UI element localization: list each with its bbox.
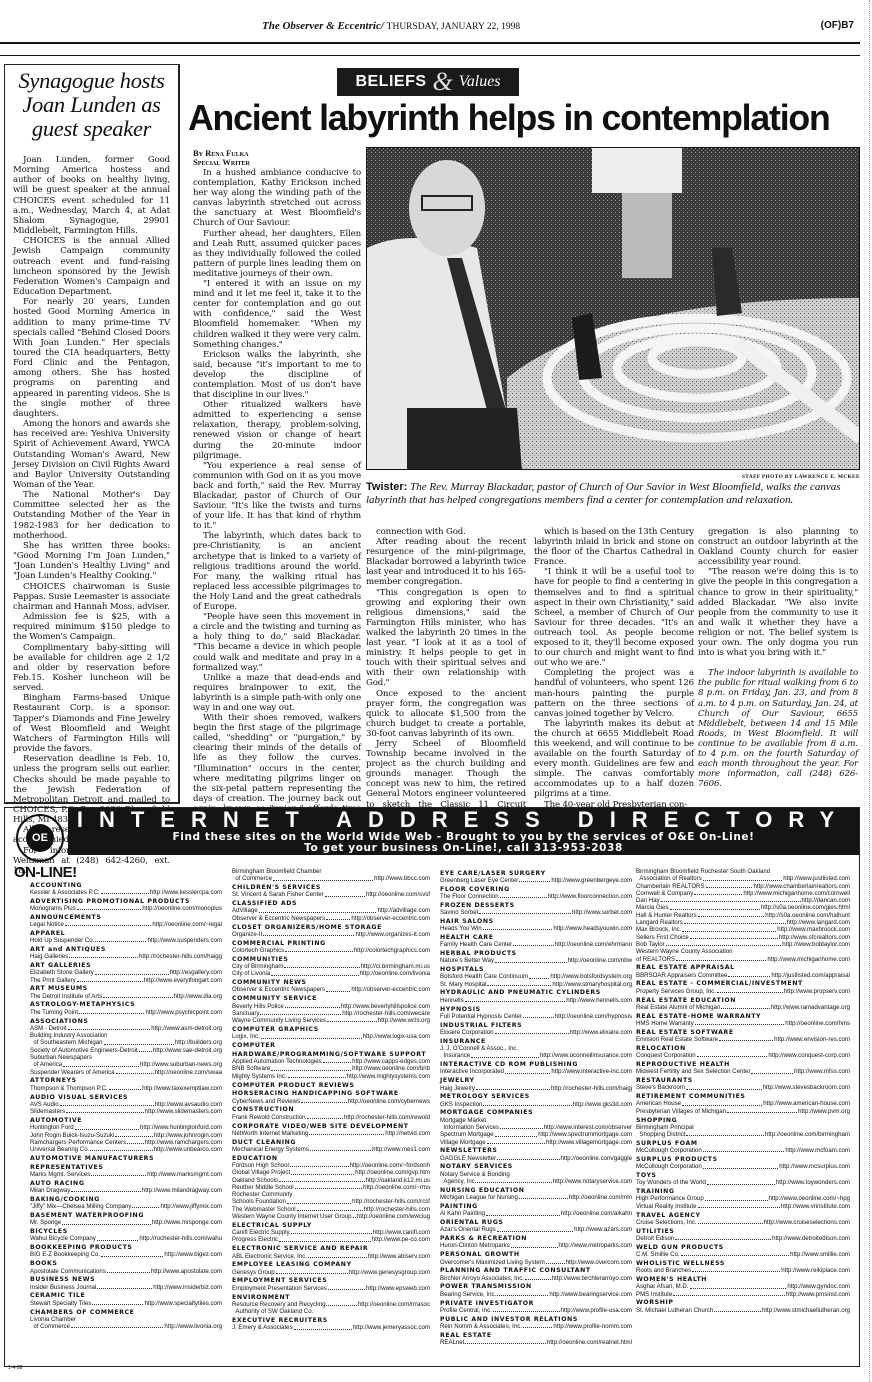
entry-url-link[interactable]: http://www.sae-detroit.org — [153, 1047, 222, 1054]
directory-entry[interactable]: ASM - Detroithttp://www.asm-detroit.org — [30, 1025, 222, 1032]
directory-entry[interactable]: Reuther Middle Schoolhttp://oeonline.com… — [232, 1184, 430, 1191]
directory-entry[interactable]: Huron-Clinton Metroparkshttp://www.metro… — [440, 1242, 632, 1249]
entry-url-link[interactable]: http://www.unbearco.com — [154, 1146, 222, 1153]
entry-name: Azar's Oriental Rugs — [440, 1226, 496, 1233]
entry-url-link[interactable]: http://observer-eccentric.com — [351, 986, 430, 993]
entry-url-link[interactable]: http://www.conquest-corp.com — [768, 1052, 850, 1059]
directory-entry[interactable]: C.M. Smillie Co.http://www.smillie.com — [636, 1251, 850, 1258]
directory-entry[interactable]: HMS Home Warrantyhttp://oeonline.com/hms — [636, 1020, 850, 1027]
directory-entry[interactable]: Azar's Oriental Rugshttp://www.azars.com — [440, 1226, 632, 1233]
directory-entry[interactable]: Suspender Wearers of Americahttp://oeonl… — [30, 1069, 222, 1076]
article-paragraph: "You experience a real sense of communio… — [193, 461, 361, 532]
entry-url-link[interactable]: http://www.marksmgmt.com — [147, 1171, 222, 1178]
entry-url-link[interactable]: http://www.stmichaellutheran.org — [762, 1307, 850, 1314]
entry-url-link[interactable]: http://www.pe-co.com — [372, 1236, 430, 1243]
directory-entry[interactable]: The Detroit Institute of Artshttp://www.… — [30, 993, 222, 1000]
entry-url-link[interactable]: http://oeonline.com/birmingham — [765, 1131, 850, 1138]
entry-url-link[interactable]: http://www.oeonline.com/bnb — [352, 1065, 430, 1072]
entry-url-link[interactable]: http://www.pmsinst.com — [786, 1291, 850, 1298]
directory-category: INSURANCE — [440, 1038, 632, 1045]
directory-column-4: Birmingham Bloomfield Rochester South Oa… — [636, 868, 850, 1314]
directory-entry[interactable]: Sanctuaryhttp://rochester-hills.com/weca… — [232, 1010, 430, 1017]
directory-entry[interactable]: Presbyterian Villages of Michiganhttp://… — [636, 1108, 850, 1115]
leader-dots — [291, 1229, 372, 1234]
entry-url-link[interactable]: http://www.apostolate.com — [151, 1268, 222, 1275]
entry-url-link[interactable]: http://www.capps-edges.com — [352, 1058, 430, 1065]
directory-category: ELECTRONIC SERVICE AND REPAIR — [232, 1245, 430, 1252]
entry-url-link[interactable]: http://www.jemeryassoc.com — [353, 1324, 430, 1331]
directory-entry[interactable]: Mechanical Energy Systemshttp://www.mes1… — [232, 1146, 430, 1153]
entry-url-link[interactable]: http://builders.org — [175, 1039, 222, 1046]
directory-entry[interactable]: Marcia Gieshttp://s0a.oeonline.com/gies.… — [636, 904, 850, 911]
directory-category: HYDRAULIC AND PNEUMATIC CYLINDERS — [440, 989, 632, 996]
entry-url-link[interactable]: http://www.canifl.com — [373, 1229, 430, 1236]
directory-category: PLANNING AND TRAFFIC CONSULTANT — [440, 1267, 632, 1274]
entry-url-link[interactable]: http://www.michiganhome.com — [767, 956, 850, 963]
directory-entry[interactable]: Chamberlain REALTORShttp://www.chamberla… — [636, 883, 850, 890]
entry-url-link[interactable]: http://www.avsaudio.com — [155, 1101, 222, 1108]
entry-url-link[interactable]: http://www.logix-usa.com — [363, 1033, 430, 1040]
entry-url-link[interactable]: http://www.notaryservice.com — [553, 1178, 632, 1185]
entry-url-link[interactable]: http://www.bigez.com — [164, 1251, 222, 1258]
directory-entry[interactable]: Envision Real Estate Softwarehttp://www.… — [636, 1036, 850, 1043]
directory-entry[interactable]: Genesys Grouphttp://www.genesysgroup.com — [232, 1269, 430, 1276]
sidebar-body: Joan Lunden, former Good Morning America… — [13, 155, 170, 876]
entry-url-link[interactable]: http://observer-eccentric.com — [351, 915, 430, 922]
entry-url-link[interactable]: http://netvid.com — [385, 1130, 430, 1137]
entry-name: Presbyterian Villages of Michigan — [636, 1108, 726, 1115]
entry-url-link[interactable]: http://www.suburban-news.org — [140, 1061, 222, 1068]
directory-entry[interactable]: Wahul Bicycle Companyhttp://rochester-hi… — [30, 1235, 222, 1242]
entry-url-link[interactable]: http://www.slidemasters.com — [145, 1108, 222, 1115]
entry-name: Toy Wonders of the World — [636, 1179, 706, 1186]
entry-url-link[interactable]: http://www.propserv.com — [784, 988, 850, 995]
entry-url-link[interactable]: http://colortechgraphics.com — [354, 947, 430, 954]
entry-name: "Jiffy" Mix—Chelsea Milling Company — [30, 1203, 131, 1210]
directory-entry[interactable]: Applied Automation Technologieshttp://ww… — [232, 1058, 430, 1065]
directory-entry[interactable]: Wayne Community Living Serviceshttp://ww… — [232, 1017, 430, 1024]
entry-url-link[interactable]: http://www.vrinstitute.com — [781, 1203, 850, 1210]
directory-entry[interactable]: Elizabeth Stone Galleryhttp://esgallery.… — [30, 969, 222, 976]
entry-url-link[interactable]: http://www.johnrogin.com — [154, 1132, 222, 1139]
directory-entry[interactable]: J. Emery & Associateshttp://www.jemeryas… — [232, 1324, 430, 1331]
directory-entry[interactable]: Elixaire Corporationhttp://www.elixaire.… — [440, 1029, 632, 1036]
entry-url-link[interactable]: http://oeonline.com/ehrmann — [555, 941, 632, 948]
directory-entry[interactable]: Insider Business Journalhttp://www.insid… — [30, 1284, 222, 1291]
directory-entry[interactable]: Frank Rewold Constructionhttp://rocheste… — [232, 1114, 430, 1121]
entry-name: Western Wayne County Association — [636, 948, 733, 955]
directory-entry[interactable]: Rein Nomm & Associates, Inc.http://www.p… — [440, 1323, 632, 1330]
directory-entry[interactable]: Milan Dragwayhttp://www.milandragway.com — [30, 1187, 222, 1194]
entry-url-link[interactable]: http://www.wcls.org — [378, 1017, 430, 1024]
entry-url-link[interactable]: http://oeonline.com/mln — [569, 1194, 632, 1201]
entry-url-link[interactable]: http://oeonline.com/~rms — [363, 1184, 430, 1191]
directory-entry[interactable]: of REALTORShttp://www.michiganhome.com — [636, 956, 850, 963]
directory-entry[interactable]: of Commercehttp://www.livonia.org — [30, 1323, 222, 1330]
entry-url-link[interactable]: http://www.jiffymix.com — [160, 1203, 222, 1210]
entry-url-link[interactable]: http://www.maxbroock.com — [777, 926, 850, 933]
entry-url-link[interactable]: http://www.azars.com — [574, 1226, 632, 1233]
entry-url-link[interactable]: http://oeonline.com/wwciug — [357, 1213, 430, 1220]
leader-dots — [97, 1235, 139, 1240]
directory-entry[interactable]: Apostolate Communicationshttp://www.apos… — [30, 1268, 222, 1275]
entry-url-link[interactable]: http://s0a.oeonline.com/halhunt — [765, 912, 850, 919]
directory-entry[interactable]: Employment Presentation Serviceshttp://w… — [232, 1285, 430, 1292]
entry-url-link[interactable]: http://www.ramchargers.com — [145, 1139, 222, 1146]
directory-entry[interactable]: of Southeastern Michiganhttp://builders.… — [30, 1039, 222, 1046]
directory-entry[interactable]: Michigan League for Nursinghttp://oeonli… — [440, 1194, 632, 1201]
entry-url-link[interactable]: http://dancan.com — [802, 897, 850, 904]
entry-url-link[interactable]: http://www.asm-detroit.org — [151, 1025, 222, 1032]
directory-entry[interactable]: The Print Galleryhttp://www.everythingar… — [30, 977, 222, 984]
directory-entry[interactable]: Real Estate Alumni of Michiganhttp://www… — [636, 1004, 850, 1011]
entry-url-link[interactable]: http://oeonline.com/nbw — [568, 957, 632, 964]
entry-url-link[interactable]: http://www.ablserv.com — [368, 1253, 430, 1260]
entry-url-link[interactable]: http://www.interest.com/observer — [544, 1124, 632, 1131]
entry-url-link[interactable]: http://oeonline.com/svsf — [366, 891, 430, 898]
entry-url-link[interactable]: http://www.gks3d.com — [573, 1101, 632, 1108]
directory-entry[interactable]: Organize-Ithttp://www.organizes-it.com — [232, 931, 430, 938]
directory-entry[interactable]: St. Michael Lutheran Churchhttp://www.st… — [636, 1307, 850, 1314]
entry-url-link[interactable]: http://oeonline.com/alkahn — [561, 1210, 632, 1217]
directory-entry[interactable]: Haig Jewelryhttp://rochester-hills.com/h… — [440, 1085, 632, 1092]
entry-url-link[interactable]: http://www.sorbet.com — [572, 909, 632, 916]
directory-entry[interactable]: The Turning Pointhttp://www.psychicpoint… — [30, 1009, 222, 1016]
directory-entry[interactable]: Full Potential Hypnosis Centerhttp://oeo… — [440, 1013, 632, 1020]
entry-url-link[interactable]: http://www.botsfordsystem.org — [550, 973, 632, 980]
directory-entry[interactable]: ABL Electronic Service, Inc.http://www.a… — [232, 1253, 430, 1260]
directory-entry[interactable]: St. Mary Hospitalhttp://www.stmaryhospit… — [440, 981, 632, 988]
directory-title: INTERNET ADDRESS DIRECTORY — [68, 808, 859, 832]
directory-entry[interactable]: Haig Gallerieshttp://rochester-hills.com… — [30, 953, 222, 960]
directory-entry[interactable]: Birchler Arroyo Associates, Inc.http://w… — [440, 1275, 632, 1282]
directory-entry[interactable]: Nature's Better Wayhttp://oeonline.com/n… — [440, 957, 632, 964]
entry-url-link[interactable]: http://www.taxexemptlaw.com — [142, 1085, 222, 1092]
directory-entry[interactable]: Virtual Reality Institutehttp://www.vrin… — [636, 1203, 850, 1210]
entry-url-link[interactable]: http://oeonline.com/swaa — [155, 1069, 222, 1076]
directory-category: ART and ANTIQUES — [30, 946, 222, 953]
directory-entry[interactable]: Observer & Eccentric Newspapershttp://ob… — [232, 915, 430, 922]
entry-url-link[interactable]: http://www.langard.com — [787, 919, 850, 926]
entry-url-link[interactable]: http://www.smillie.com — [790, 1251, 850, 1258]
directory-entry[interactable]: Overcomer's Maximized Living Systemhttp:… — [440, 1259, 632, 1266]
directory-entry[interactable]: Mighty Systems Inc.http://www.mightysyst… — [232, 1073, 430, 1080]
directory-entry[interactable]: Resource Recovery and Recyclinghttp://oe… — [232, 1301, 430, 1308]
entry-url-link[interactable]: http://esgallery.com — [170, 969, 222, 976]
entry-name: Greenberg Laser Eye Center — [440, 877, 518, 884]
entry-url-link[interactable]: http://www.american-house.com — [763, 1100, 850, 1107]
directory-entry[interactable]: PMS Institutehttp://www.pmsinst.com — [636, 1291, 850, 1298]
entry-url-link[interactable]: http://www.livonia.org — [164, 1323, 222, 1330]
entry-url-link[interactable]: http://www.spectrummortgage.com — [538, 1131, 632, 1138]
directory-entry[interactable]: The Floor Connectionhttp://www.floorconn… — [440, 893, 632, 900]
directory-entry[interactable]: Agency, Inc.http://www.notaryservice.com — [440, 1178, 632, 1185]
directory-entry[interactable]: Monograms Plushttp://oeonline.com/monopl… — [30, 905, 222, 912]
directory-entry[interactable]: Savino Sorbethttp://www.sorbet.com — [440, 909, 632, 916]
entry-url-link[interactable]: http://www.mfss.com — [794, 1068, 850, 1075]
entry-url-link[interactable]: http://ci.birmingham.mi.us — [361, 963, 430, 970]
entry-url-link[interactable]: http://www.justlisted.com — [783, 875, 850, 882]
directory-entry[interactable]: Village Mortgagehttp://www.villagemortga… — [440, 1139, 632, 1146]
entry-url-link[interactable]: http://www.oeonline.com/~hpg — [769, 1195, 850, 1202]
article-column-3: which is based on the 13th Century labyr… — [534, 527, 694, 810]
directory-entry[interactable]: GKS Inspectionhttp://www.gks3d.com — [440, 1101, 632, 1108]
entry-url-link[interactable]: http://www.headsyouwin.com — [553, 925, 632, 932]
directory-entry[interactable]: Logix, Inc.http://www.logix-usa.com — [232, 1033, 430, 1040]
entry-url-link[interactable]: http://www.pvm.org — [798, 1108, 850, 1115]
entry-url-link[interactable]: http://www.reikiplace.com — [781, 1267, 850, 1274]
directory-entry[interactable]: Thompson & Thompson P.C.http://www.taxex… — [30, 1085, 222, 1092]
directory-category: ART GALLERIES — [30, 962, 222, 969]
directory-entry[interactable]: Colortech Graphicshttp://colortechgraphi… — [232, 947, 430, 954]
directory-entry[interactable]: BBRSOAR Appraisers Committeehttp://justl… — [636, 972, 850, 979]
entry-url-link[interactable]: http://www.everythingart.com — [144, 977, 222, 984]
entry-url-link[interactable]: http://oeonline.com/hypnosis — [555, 1013, 632, 1020]
entry-url-link[interactable]: http://oeonline.com/cybernews — [348, 1098, 430, 1105]
directory-entry[interactable]: of Commercehttp://www.bbcc.com — [232, 875, 430, 882]
directory-entry[interactable]: Al Kahn Paintinghttp://oeonline.com/alka… — [440, 1210, 632, 1217]
entry-url-link[interactable]: http://rochester-hills.com/wecare — [342, 1010, 430, 1017]
directory-entry[interactable]: Western Wayne County Internet User Group… — [232, 1213, 430, 1220]
directory-entry[interactable]: Family Health Care Centerhttp://oeonline… — [440, 941, 632, 948]
directory-entry[interactable]: BNB Softwarehttp://www.oeonline.com/bnb — [232, 1065, 430, 1072]
directory-category: APPAREL — [30, 930, 222, 937]
sidebar-paragraph: Among the honors and awards she has rece… — [13, 419, 170, 490]
entry-url-link[interactable]: http://www.detroitedison.com — [772, 1235, 850, 1242]
entry-name: C.M. Smillie Co. — [636, 1251, 680, 1258]
directory-entry[interactable]: Property Services Group, Inc.http://www.… — [636, 988, 850, 995]
entry-url-link[interactable]: http://advillage.com — [377, 907, 430, 914]
directory-entry[interactable]: St. Vincent & Sarah Fisher Centerhttp://… — [232, 891, 430, 898]
entry-url-link[interactable]: http://www.overcom.com — [566, 1259, 632, 1266]
directory-entry[interactable]: Spectrum Mortgagehttp://www.spectrummort… — [440, 1131, 632, 1138]
entry-url-link[interactable]: http://www.hennells.com — [566, 997, 632, 1004]
entry-url-link[interactable]: http://rochester-hills.com/wahu — [139, 1235, 222, 1242]
directory-entry[interactable]: Universal Bearing Co.http://www.unbearco… — [30, 1146, 222, 1153]
entry-url-link[interactable]: http://oeonline.com/~legal — [152, 921, 222, 928]
entry-url-link[interactable]: http://www.genesysgroup.com — [349, 1269, 430, 1276]
entry-url-link[interactable]: http://oeonline.com/monoplus — [142, 905, 222, 912]
directory-category: JEWELRY — [440, 1077, 632, 1084]
entry-url-link[interactable]: http://oeonline.com/~fordsonh — [350, 1162, 430, 1169]
entry-url-link[interactable]: http://justlisted.com/appraisal — [771, 972, 850, 979]
entry-url-link[interactable]: http://www.dia.org — [174, 993, 222, 1000]
directory-entry[interactable]: McCullough Corporationhttp://www.mcfoam.… — [636, 1147, 850, 1154]
entry-url-link[interactable]: http://www.mightysystems.com — [347, 1073, 430, 1080]
directory-category: PRIVATE INVESTIGATOR — [440, 1300, 632, 1307]
entry-url-link[interactable]: http://www.envision-res.com — [774, 1036, 850, 1043]
entry-url-link[interactable]: http://www.michiganhome.com/cornwell — [743, 890, 850, 897]
entry-url-link[interactable]: http://oakland.k12.mi.us — [366, 1177, 430, 1184]
directory-entry[interactable]: REALnethttp://oeonline.com/realnet.html — [440, 1339, 632, 1346]
directory-entry[interactable]: Midwest Fertility and Sex Selection Cent… — [636, 1068, 850, 1075]
directory-category: RESTAURANTS — [636, 1077, 850, 1084]
directory-entry[interactable]: McCullough Corporationhttp://www.mcsurpl… — [636, 1163, 850, 1170]
directory-entry[interactable]: Botsford Health Care Continuumhttp://www… — [440, 973, 632, 980]
entry-url-link[interactable]: http://www.sfcrealtors.com — [779, 934, 850, 941]
entry-url-link[interactable]: http://www.metroparks.com — [559, 1242, 633, 1249]
entry-url-link[interactable]: http://oeonline.com/livonia — [360, 970, 430, 977]
directory-entry[interactable]: Cruise Selections, Inc.http://www.cruise… — [636, 1219, 850, 1226]
entry-url-link[interactable]: http://oeonline.com/gvp.htm — [355, 1169, 430, 1176]
directory-entry[interactable]: Global Village Projecthttp://oeonline.co… — [232, 1169, 430, 1176]
directory-category: BASEMENT WATERPROOFING — [30, 1212, 222, 1219]
directory-entry[interactable]: Slidemastershttp://www.slidemasters.com — [30, 1108, 222, 1115]
entry-url-link[interactable]: http://oeonline.com/rrrasoc — [358, 1301, 430, 1308]
directory-entry[interactable]: BIG E-Z Bookkeeping Co.http://www.bigez.… — [30, 1251, 222, 1258]
entry-url-link[interactable]: http://www.epsweb.com — [366, 1285, 430, 1292]
entry-url-link[interactable]: http://www.interactive-inc.com — [551, 1068, 632, 1075]
directory-entry[interactable]: Mr. Spongehttp://www.mrsponge.com — [30, 1219, 222, 1226]
entry-name: Marks Mgmt. Services — [30, 1171, 90, 1178]
entry-url-link[interactable]: http://www.profile-usa.com — [561, 1307, 632, 1314]
directory-entry: J. J. O'Connell & Assoc., Inc. — [440, 1045, 632, 1052]
directory-entry[interactable]: Bob Taylorhttp://www.bobtaylor.com — [636, 941, 850, 948]
entry-url-link[interactable]: http://www.elixaire.com — [570, 1029, 632, 1036]
directory-entry[interactable]: Hall & Hunter Realtorshttp://s0a.oeonlin… — [636, 912, 850, 919]
entry-url-link[interactable]: http://www.milandragway.com — [142, 1187, 222, 1194]
leader-dots — [675, 1235, 771, 1240]
directory-entry[interactable]: Oakland Schoolshttp://oakland.k12.mi.us — [232, 1177, 430, 1184]
entry-url-link[interactable]: http://www.oconnellinsurance.com — [540, 1052, 632, 1059]
entry-url-link[interactable]: http://www.cruiseselections.com — [764, 1219, 850, 1226]
entry-url-link[interactable]: http://www.specialtytiles.com — [144, 1300, 222, 1307]
directory-entry[interactable]: Conquest Corporationhttp://www.conquest-… — [636, 1052, 850, 1059]
entry-url-link[interactable]: http://www.organizes-it.com — [355, 931, 430, 938]
entry-url-link[interactable]: http://www.bobtaylor.com — [782, 941, 850, 948]
entry-name: Frank Rewold Construction — [232, 1114, 306, 1121]
directory-entry[interactable]: John Rogin Buick-Isuzu-Suzukihttp://www.… — [30, 1132, 222, 1139]
directory-entry[interactable]: Association of Realtorshttp://www.justli… — [636, 875, 850, 882]
leader-dots — [717, 988, 783, 993]
entry-url-link[interactable]: http://www.toywonders.com — [776, 1179, 850, 1186]
leader-dots — [132, 1203, 159, 1208]
directory-entry[interactable]: Information Serviceshttp://www.interest.… — [440, 1124, 632, 1131]
directory-entry[interactable]: AVS Audiohttp://www.avsaudio.com — [30, 1101, 222, 1108]
directory-entry[interactable]: Detroit Edisonhttp://www.detroitedison.c… — [636, 1235, 850, 1242]
directory-entry[interactable]: Asghar Afsari, M.D.http://www.gyndoc.com — [636, 1283, 850, 1290]
directory-entry[interactable]: Insurancehttp://www.oconnellinsurance.co… — [440, 1052, 632, 1059]
directory-entry[interactable]: "Jiffy" Mix—Chelsea Milling Companyhttp:… — [30, 1203, 222, 1210]
directory-entry[interactable]: Observer & Eccentric Newspapershttp://ob… — [232, 986, 430, 993]
directory-entry[interactable]: City of Birminghamhttp://ci.birmingham.m… — [232, 963, 430, 970]
directory-entry[interactable]: Ramchargers Performance Centershttp://ww… — [30, 1139, 222, 1146]
entry-url-link[interactable]: http://www.stmaryhospital.org — [552, 981, 632, 988]
entry-name: Steve's Backroom — [636, 1084, 685, 1091]
directory-entry[interactable]: Roots and Brancheshttp://www.reikiplace.… — [636, 1267, 850, 1274]
directory-entry[interactable]: CyberNews and Reviewshttp://oeonline.com… — [232, 1098, 430, 1105]
entry-url-link[interactable]: http://www.greenbergeye.com — [551, 877, 632, 884]
leader-dots — [115, 1132, 153, 1137]
directory-entry[interactable]: Society of Automotive Engineers-Detroith… — [30, 1047, 222, 1054]
entry-url-link[interactable]: http://www.floorconnection.com — [548, 893, 632, 900]
directory-entry[interactable]: Sellers First Choicehttp://www.sfcrealto… — [636, 934, 850, 941]
entry-url-link[interactable]: http://rochester-hills.com/haigg — [139, 953, 222, 960]
directory-entry[interactable]: Shopping Districthttp://oeonline.com/bir… — [636, 1131, 850, 1138]
leader-dots — [69, 953, 138, 958]
entry-url-link[interactable]: http://www.mrsponge.com — [152, 1219, 222, 1226]
entry-url-link[interactable]: http://www.psychicpoint.com — [145, 1009, 222, 1016]
entry-url-link[interactable]: http://s0a.oeonline.com/gies.html — [761, 904, 850, 911]
directory-entry[interactable]: Beverly Hills Policehttp://www.beverlyhi… — [232, 1003, 430, 1010]
article-paragraph: "I entered it with an issue on my mind a… — [193, 279, 361, 350]
directory-entry[interactable]: Kessler & Associates P.C.http://www.kess… — [30, 889, 222, 896]
directory-entry[interactable]: Profile Central, Inc.http://www.profile-… — [440, 1307, 632, 1314]
entry-url-link[interactable]: http://rochester-hills.com/haigj — [551, 1085, 632, 1092]
entry-url-link[interactable]: http://www.stevesbackroom.com — [763, 1084, 850, 1091]
directory-entry[interactable]: Canifl Electric Supplyhttp://www.canifl.… — [232, 1229, 430, 1236]
entry-url-link[interactable]: http://www.villagemortgage.com — [546, 1139, 632, 1146]
directory-entry[interactable]: Toy Wonders of the Worldhttp://www.toywo… — [636, 1179, 850, 1186]
directory-entry[interactable]: Interactive Incorporatedhttp://www.inter… — [440, 1068, 632, 1075]
directory-entry[interactable]: Huntington Fordhttp://www.huntingtonford… — [30, 1124, 222, 1131]
entry-url-link[interactable]: http://www.ramadvantage.org — [771, 1004, 850, 1011]
directory-entry[interactable]: AdVillagehttp://advillage.com — [232, 907, 430, 914]
entry-url-link[interactable]: http://rochester-hills.com — [364, 1206, 430, 1213]
directory-entry[interactable]: Progress Electrichttp://www.pe-co.com — [232, 1236, 430, 1243]
entry-url-link[interactable]: http://www.chamberlainrealtors.com — [753, 883, 850, 890]
directory-entry[interactable]: Dan Hayhttp://dancan.com — [636, 897, 850, 904]
entry-url-link[interactable]: http://www.insiderbiz.com — [153, 1284, 222, 1291]
entry-url-link[interactable]: http://www.mcfoam.com — [785, 1147, 850, 1154]
directory-entry[interactable]: City of Livoniahttp://oeonline.com/livon… — [232, 970, 430, 977]
directory-entry[interactable]: The Webmaster Schoolhttp://rochester-hil… — [232, 1206, 430, 1213]
directory-entry[interactable]: Hennellshttp://www.hennells.com — [440, 997, 632, 1004]
entry-url-link[interactable]: http://oeonline.com/hms — [785, 1020, 850, 1027]
entry-url-link[interactable]: http://www.kesslercpa.com — [150, 889, 222, 896]
entry-url-link[interactable]: http://www.huntingtonford.com — [140, 1124, 222, 1131]
directory-entry[interactable]: Max Broock, Inc.http://www.maxbroock.com — [636, 926, 850, 933]
directory-entry[interactable]: GAGGLE Newsletterhttp://oeonline.com/gag… — [440, 1155, 632, 1162]
directory-entry[interactable]: Fordson High Schoolhttp://oeonline.com/~… — [232, 1162, 430, 1169]
entry-name: Huron-Clinton Metroparks — [440, 1242, 510, 1249]
entry-url-link[interactable]: http://rochester-hills.com/rcsf — [352, 1198, 430, 1205]
directory-entry[interactable]: American Househttp://www.american-house.… — [636, 1100, 850, 1107]
entry-url-link[interactable]: http://oeonline.com/gaggle — [561, 1155, 632, 1162]
directory-entry[interactable]: Hold Up Suspender Co.http://www.suspende… — [30, 937, 222, 944]
directory-entry[interactable]: Bearing Service, Inc.http://www.bearings… — [440, 1291, 632, 1298]
directory-entry[interactable]: Legal Noticehttp://oeonline.com/~legal — [30, 921, 222, 928]
directory-entry[interactable]: Heads You Winhttp://www.headsyouwin.com — [440, 925, 632, 932]
directory-entry[interactable]: NetWorth Internet Marketinghttp://netvid… — [232, 1130, 430, 1137]
entry-url-link[interactable]: http://www.mcsurplus.com — [779, 1163, 850, 1170]
entry-name: Milan Dragway — [30, 1187, 70, 1194]
directory-entry[interactable]: Steve's Backroomhttp://www.stevesbackroo… — [636, 1084, 850, 1091]
entry-url-link[interactable]: http://rochester-hills.com/rewold — [344, 1114, 430, 1121]
directory-entry[interactable]: Schools Foundationhttp://rochester-hills… — [232, 1198, 430, 1205]
directory-entry[interactable]: High Performance Grouphttp://www.oeonlin… — [636, 1195, 850, 1202]
entry-url-link[interactable]: http://www.suspenders.com — [147, 937, 222, 944]
entry-url-link[interactable]: http://www.birchlerarroyo.com — [552, 1275, 632, 1282]
entry-url-link[interactable]: http://www.beverlyhillspolice.com — [341, 1003, 430, 1010]
directory-entry[interactable]: Greenberg Laser Eye Centerhttp://www.gre… — [440, 877, 632, 884]
directory-entry[interactable]: Marks Mgmt. Serviceshttp://www.marksmgmt… — [30, 1171, 222, 1178]
entry-url-link[interactable]: http://www.profile-nomm.com — [553, 1323, 632, 1330]
leader-dots — [279, 1236, 371, 1241]
sidebar-headline: Synagogue hosts Joan Lunden as guest spe… — [13, 69, 170, 141]
directory-entry[interactable]: Cornwell & Companyhttp://www.michiganhom… — [636, 890, 850, 897]
directory-entry[interactable]: Langard Realtorshttp://www.langard.com — [636, 919, 850, 926]
directory-entry[interactable]: of Americahttp://www.suburban-news.org — [30, 1061, 222, 1068]
entry-url-link[interactable]: http://www.gyndoc.com — [787, 1283, 850, 1290]
entry-url-link[interactable]: http://www.mes1.com — [372, 1146, 430, 1153]
entry-url-link[interactable]: http://oeonline.com/realnet.html — [547, 1339, 632, 1346]
directory-entry[interactable]: Stewart Specialty Tileshttp://www.specia… — [30, 1300, 222, 1307]
entry-url-link[interactable]: http://www.bearingservice.com — [549, 1291, 632, 1298]
entry-name: Sanctuary — [232, 1010, 259, 1017]
entry-url-link[interactable]: http://www.bbcc.com — [374, 875, 430, 882]
entry-name: Insider Business Journal — [30, 1284, 96, 1291]
